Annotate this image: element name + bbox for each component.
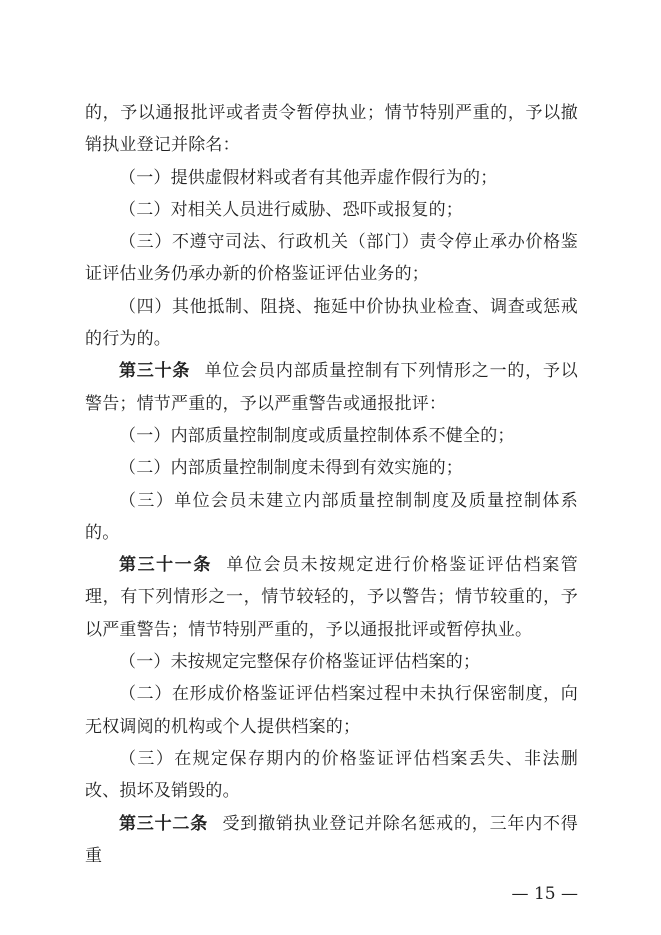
list-item-paragraph: （二）内部质量控制制度未得到有效实施的； bbox=[85, 452, 578, 484]
page-number: — 15 — bbox=[85, 878, 578, 910]
article-paragraph: 第三十条单位会员内部质量控制有下列情形之一的，予以警告；情节严重的，予以严重警告… bbox=[85, 355, 578, 420]
article-number: 第三十二条 bbox=[119, 814, 208, 834]
article-number: 第三十一条 bbox=[119, 555, 212, 575]
list-item-paragraph: （二）在形成价格鉴证评估档案过程中未执行保密制度，向无权调阅的机构或个人提供档案… bbox=[85, 678, 578, 743]
document-page: 的，予以通报批评或者责令暂停执业；情节特别严重的，予以撤销执业登记并除名： （一… bbox=[0, 0, 661, 935]
article-paragraph: 第三十一条单位会员未按规定进行价格鉴证评估档案管理，有下列情形之一，情节较轻的，… bbox=[85, 549, 578, 646]
list-item-paragraph: （一）未按规定完整保存价格鉴证评估档案的； bbox=[85, 646, 578, 678]
article-number: 第三十条 bbox=[119, 361, 190, 381]
paragraph-continuation: 的，予以通报批评或者责令暂停执业；情节特别严重的，予以撤销执业登记并除名： bbox=[85, 97, 578, 162]
list-item-paragraph: （三）在规定保存期内的价格鉴证评估档案丢失、非法删改、损坏及销毁的。 bbox=[85, 743, 578, 808]
list-item-paragraph: （一）提供虚假材料或者有其他弄虚作假行为的； bbox=[85, 162, 578, 194]
list-item-paragraph: （三）不遵守司法、行政机关（部门）责令停止承办价格鉴证评估业务仍承办新的价格鉴证… bbox=[85, 226, 578, 291]
list-item-paragraph: （三）单位会员未建立内部质量控制制度及质量控制体系的。 bbox=[85, 485, 578, 550]
list-item-paragraph: （一）内部质量控制制度或质量控制体系不健全的； bbox=[85, 420, 578, 452]
list-item-paragraph: （二）对相关人员进行威胁、恐吓或报复的； bbox=[85, 194, 578, 226]
list-item-paragraph: （四）其他抵制、阻挠、拖延中价协执业检查、调查或惩戒的行为的。 bbox=[85, 291, 578, 356]
article-paragraph: 第三十二条受到撤销执业登记并除名惩戒的，三年内不得重 bbox=[85, 808, 578, 873]
